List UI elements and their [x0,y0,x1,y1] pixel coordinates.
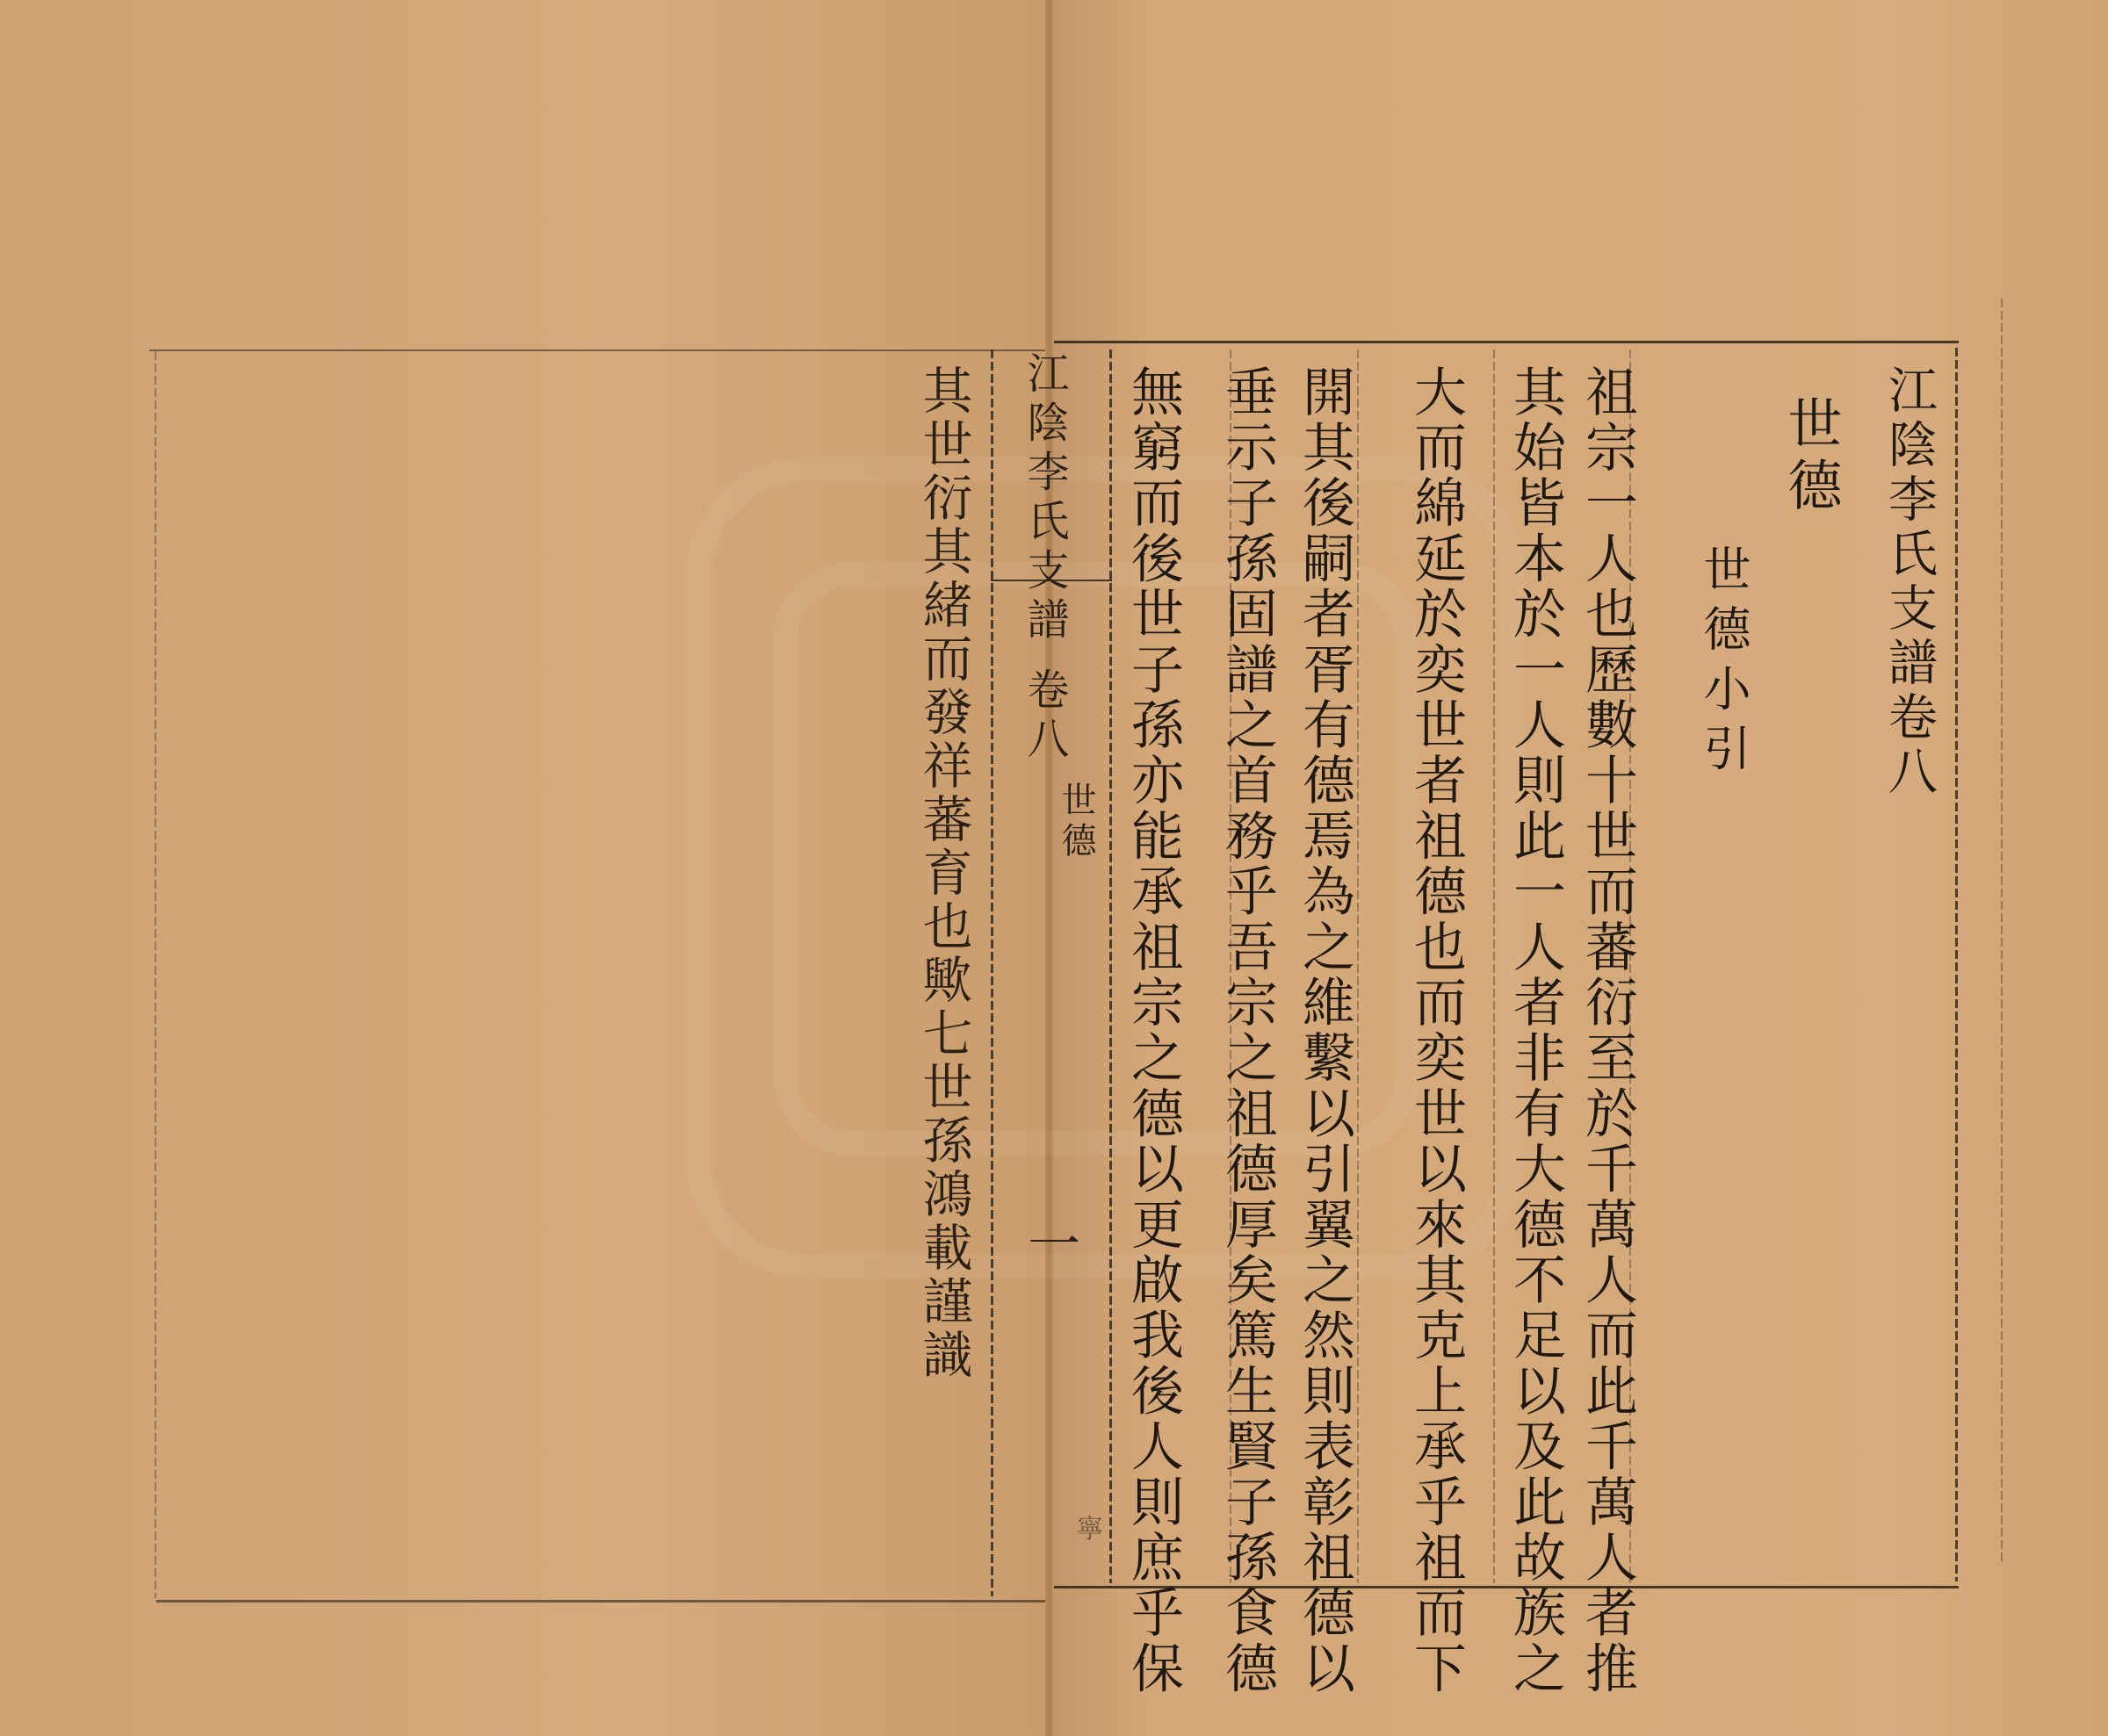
body-column-5: 垂示子孫固譜之首務乎吾宗之祖德厚矣篤生賢子孫食德 [1221,364,1274,1696]
section-title: 世德 [1783,395,1837,518]
body-column-4: 開其後嗣者胥有德焉為之維繫以引翼之然則表彰祖德以 [1298,364,1351,1696]
margin-page-number: 一 [1023,1216,1076,1271]
body-column-3: 大而綿延於奕世者祖德也而奕世以來其克上承乎祖而下 [1410,364,1462,1696]
margin-bottom-mark: 寧 [1073,1515,1100,1544]
frame-right-border [1955,348,1958,1581]
center-margin-right-rule [1109,349,1112,1583]
center-margin-left-rule [991,349,993,1596]
body-column-1: 祖宗一人也歷數十世而蕃衍至於千萬人而此千萬人者推 [1581,364,1634,1696]
column-rule-3 [1493,349,1495,1583]
frame-left-border [155,351,156,1598]
margin-volume: 卷八 [1023,667,1065,766]
frame-bottom-rule-left [156,1600,1045,1603]
book-title-column: 江陰李氏支譜卷八 [1884,364,1933,800]
frame-top-rule-right [1054,341,1959,343]
margin-book-title: 江陰李氏支譜 [1023,351,1065,646]
left-page-column-1: 其世衍其緒而發祥蕃育也歟七世孫鴻載謹識 [918,364,968,1382]
outer-right-border [2001,299,2003,1563]
body-column-6: 無窮而後世子孫亦能承祖宗之德以更啟我後人則庶乎保 [1127,364,1180,1696]
frame-top-rule-left [149,349,1045,351]
body-column-2: 其始皆本於一人則此一人者非有大德不足以及此故族之 [1509,364,1562,1696]
column-rule-2 [1357,349,1359,1583]
subsection-title: 世德小引 [1700,544,1747,783]
margin-section: 世德 [1058,782,1094,862]
